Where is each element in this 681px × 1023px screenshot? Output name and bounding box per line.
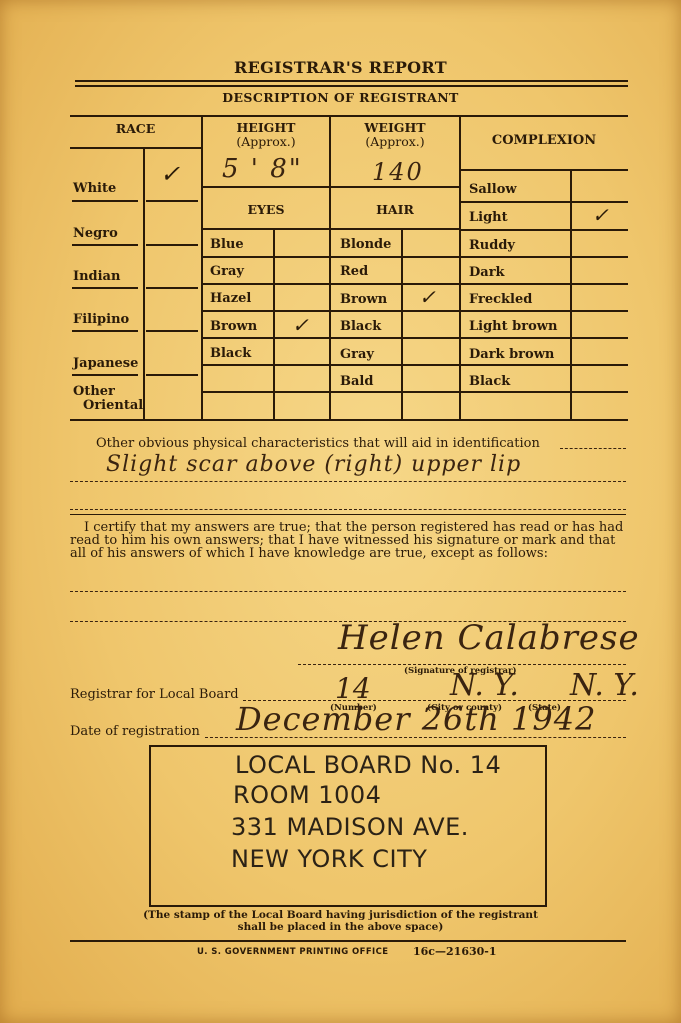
divider <box>329 115 331 420</box>
local-board-label: Registrar for Local Board <box>70 688 239 701</box>
complexion-heading: COMPLEXION <box>460 134 628 148</box>
race-option-negro: Negro <box>73 226 118 241</box>
dotted-line <box>70 509 626 510</box>
rule <box>460 337 628 339</box>
registrar-signature[interactable]: Helen Calabrese <box>338 618 640 658</box>
local-board-city[interactable]: N. Y. <box>450 668 519 703</box>
dotted-line <box>70 591 626 592</box>
hair-option-blonde: Blonde <box>340 237 391 252</box>
eyes-heading: EYES <box>202 203 330 217</box>
dotted-line <box>70 481 626 482</box>
complexion-option-freckled: Freckled <box>469 292 532 307</box>
weight-heading: WEIGHT (Approx.) <box>330 121 460 149</box>
printer-credit: U. S. GOVERNMENT PRINTING OFFICE <box>197 947 388 957</box>
weight-heading-sub: (Approx.) <box>330 135 460 149</box>
rule <box>202 256 329 258</box>
rule <box>72 244 138 246</box>
height-heading: HEIGHT (Approx.) <box>202 121 330 149</box>
height-heading-sub: (Approx.) <box>202 135 330 149</box>
hair-brown-checkmark: ✓ <box>419 285 436 309</box>
description-table: RACE White ✓ Negro Indian Filipino Japan… <box>0 0 681 430</box>
race-option-white: White <box>73 181 116 196</box>
form-number: 16c—21630-1 <box>413 945 497 958</box>
stamp-note-line1: (The stamp of the Local Board having jur… <box>0 909 681 921</box>
rule <box>146 330 198 332</box>
rule <box>460 310 628 312</box>
eyes-option-blue: Blue <box>210 237 244 252</box>
race-option-indian: Indian <box>73 269 120 284</box>
rule <box>460 391 628 393</box>
complexion-option-dark: Dark <box>469 265 505 280</box>
date-label: Date of registration <box>70 725 200 738</box>
hair-option-brown: Brown <box>340 292 387 307</box>
hair-option-gray: Gray <box>340 347 374 362</box>
race-white-checkmark: ✓ <box>160 160 180 188</box>
rule <box>202 337 329 339</box>
rule <box>72 200 138 202</box>
rule <box>460 169 628 171</box>
eyes-option-brown: Brown <box>210 319 257 334</box>
rule <box>460 229 628 231</box>
complexion-option-dark-brown: Dark brown <box>469 347 554 362</box>
rule <box>460 364 628 366</box>
rule <box>202 186 329 188</box>
dotted-line <box>560 448 626 449</box>
weight-heading-text: WEIGHT <box>330 121 460 135</box>
race-option-filipino: Filipino <box>73 312 129 327</box>
race-option-japanese: Japanese <box>73 356 138 371</box>
local-board-stamp: LOCAL BOARD No. 14 ROOM 1004 331 MADISON… <box>149 745 547 907</box>
rule <box>331 228 459 230</box>
complexion-option-light: Light <box>469 210 508 225</box>
rule <box>72 287 138 289</box>
eyes-option-hazel: Hazel <box>210 291 251 306</box>
signature-line <box>298 664 626 665</box>
race-other-line2: Oriental <box>73 399 143 413</box>
rule <box>202 228 329 230</box>
hair-heading: HAIR <box>330 203 460 217</box>
rule <box>70 147 201 149</box>
stamp-note-line2: shall be placed in the above space) <box>0 921 681 933</box>
rule <box>202 364 329 366</box>
hair-option-black: Black <box>340 319 381 334</box>
race-other-line1: Other <box>73 385 143 399</box>
date-value[interactable]: December 26th 1942 <box>236 700 596 738</box>
table-bottom-rule <box>70 419 628 421</box>
rule <box>72 374 138 376</box>
divider <box>143 148 145 420</box>
complexion-option-sallow: Sallow <box>469 182 517 197</box>
stamp-line4: NEW YORK CITY <box>231 845 427 873</box>
height-heading-text: HEIGHT <box>202 121 330 135</box>
stamp-line1: LOCAL BOARD No. 14 <box>235 751 501 779</box>
eyes-brown-checkmark: ✓ <box>292 313 309 337</box>
divider <box>570 170 572 420</box>
rule <box>202 391 329 393</box>
rule <box>72 330 138 332</box>
height-value: 5 ' 8" <box>222 154 303 184</box>
hair-option-bald: Bald <box>340 374 373 389</box>
footer-rule <box>70 940 626 942</box>
rule <box>146 244 198 246</box>
rule <box>146 287 198 289</box>
certification-line3: all of his answers of which I have knowl… <box>70 547 630 560</box>
local-board-state[interactable]: N. Y. <box>570 668 639 703</box>
eyes-option-gray: Gray <box>210 264 244 279</box>
complexion-light-checkmark: ✓ <box>592 203 609 227</box>
rule <box>70 514 626 515</box>
divider <box>201 115 203 420</box>
divider <box>459 115 461 420</box>
rule <box>202 283 329 285</box>
rule <box>146 200 198 202</box>
rule <box>331 256 459 258</box>
rule <box>202 310 329 312</box>
complexion-option-black: Black <box>469 374 510 389</box>
race-option-other-oriental: Other Oriental <box>73 385 143 413</box>
rule <box>460 283 628 285</box>
complexion-option-light-brown: Light brown <box>469 319 557 334</box>
rule <box>331 186 459 188</box>
stamp-line3: 331 MADISON AVE. <box>231 813 469 841</box>
complexion-option-ruddy: Ruddy <box>469 238 515 253</box>
rule <box>331 391 459 393</box>
stamp-line2: ROOM 1004 <box>233 781 381 809</box>
race-heading: RACE <box>70 122 201 136</box>
stamp-note: (The stamp of the Local Board having jur… <box>0 909 681 933</box>
rule <box>331 337 459 339</box>
eyes-option-black: Black <box>210 346 251 361</box>
rule <box>146 374 198 376</box>
rule <box>331 283 459 285</box>
certification-text: I certify that my answers are true; that… <box>70 521 630 560</box>
weight-value: 140 <box>372 158 424 186</box>
hair-option-red: Red <box>340 264 368 279</box>
rule <box>331 364 459 366</box>
rule <box>331 310 459 312</box>
characteristics-label: Other obvious physical characteristics t… <box>96 437 540 450</box>
rule <box>460 256 628 258</box>
characteristics-value[interactable]: Slight scar above (right) upper lip <box>106 452 521 477</box>
